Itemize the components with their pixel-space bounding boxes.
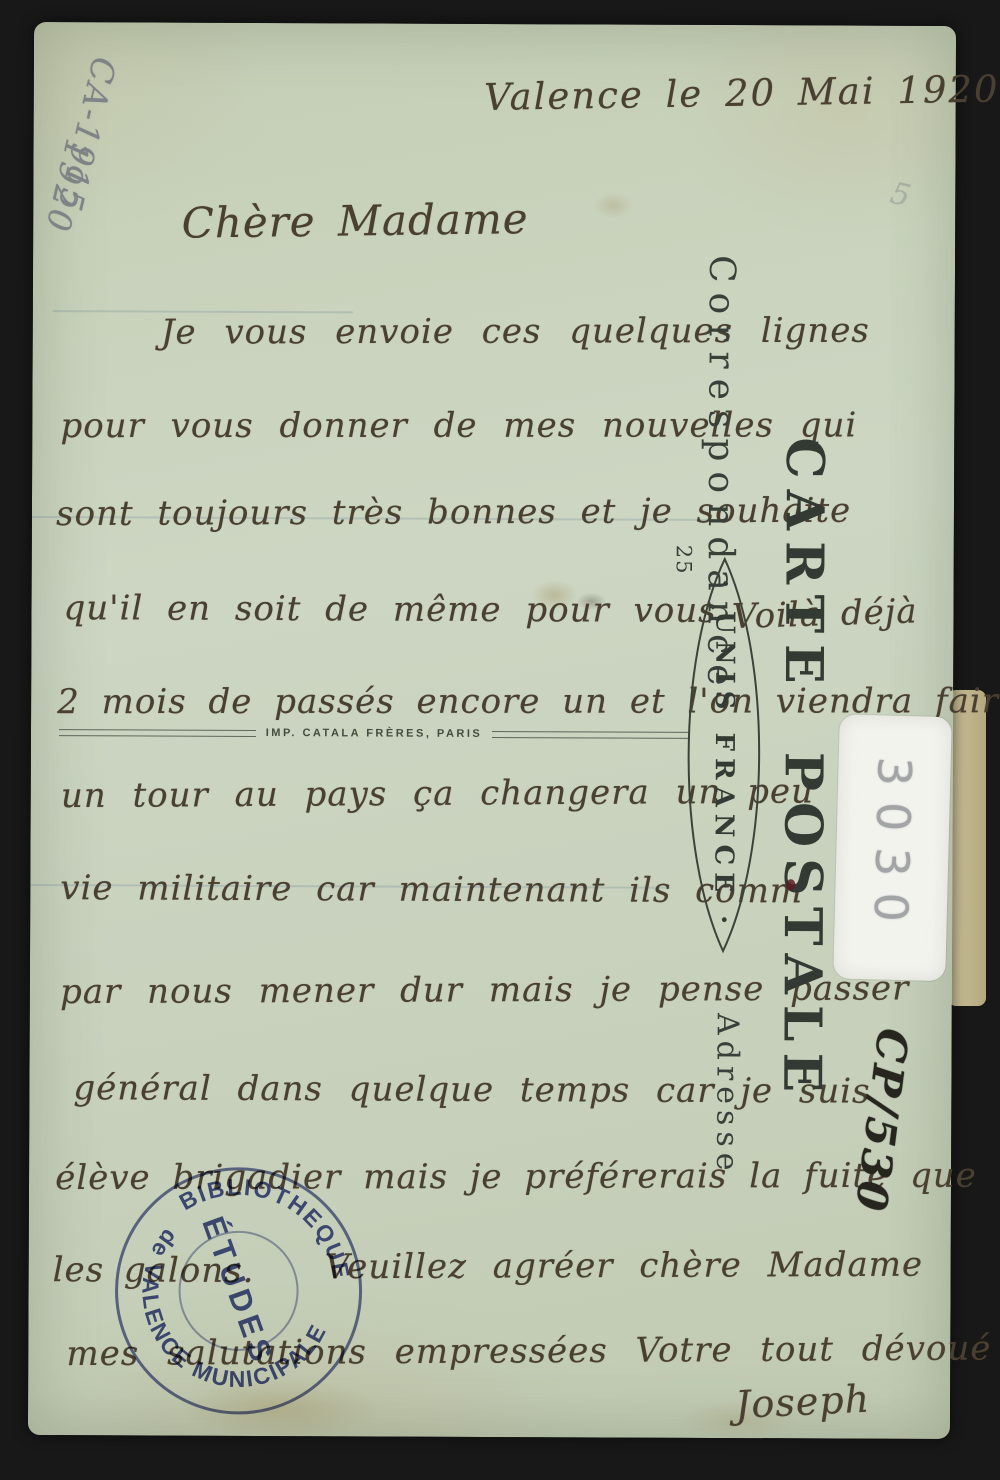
printer-rule-left [59,729,256,737]
printer-rule-right [492,731,689,739]
sticker-number: 3030 [863,757,922,939]
archival-sticker: 3030 [833,714,952,981]
adresse-label: Adresse [709,1013,745,1193]
message-line: qu'il en soit de même pour vous [63,588,716,631]
ink-blot [786,879,795,890]
printer-credit-label: IMP. CATALA FRÈRES, PARIS [266,727,483,740]
library-stamp: BIBLIOTHEQUE de VALENCE MUNICIPALE ÉTUDE… [103,1155,374,1426]
scan-background: CA-1915 1920 5 Valence le 20 Mai 1920 Ch… [0,0,1000,1480]
publisher-mark-lens: · UNIS FRANCE · [678,555,770,955]
card-type-label: CARTE POSTALE [772,437,835,1073]
publisher-label: · UNIS FRANCE · [708,579,740,931]
paper-stain [593,192,633,218]
postcard: CA-1915 1920 5 Valence le 20 Mai 1920 Ch… [28,22,956,1439]
stamp-center-label: ÉTUDES [195,1212,281,1370]
dateline: Valence le 20 Mai 1920 [484,67,1000,119]
pencil-faint-mark: 5 [887,176,915,215]
printer-credit: IMP. CATALA FRÈRES, PARIS [59,726,689,741]
message-line: général dans quelque temps car je suis [73,1068,870,1111]
salutation: Chère Madame [181,194,529,248]
signature: Joseph [734,1377,871,1427]
message-line-right: Veuillez agréer chère Madame [325,1245,923,1288]
message-line: Je vous envoie ces quelques lignes [161,311,870,353]
card-edge-sliver [948,690,986,1006]
